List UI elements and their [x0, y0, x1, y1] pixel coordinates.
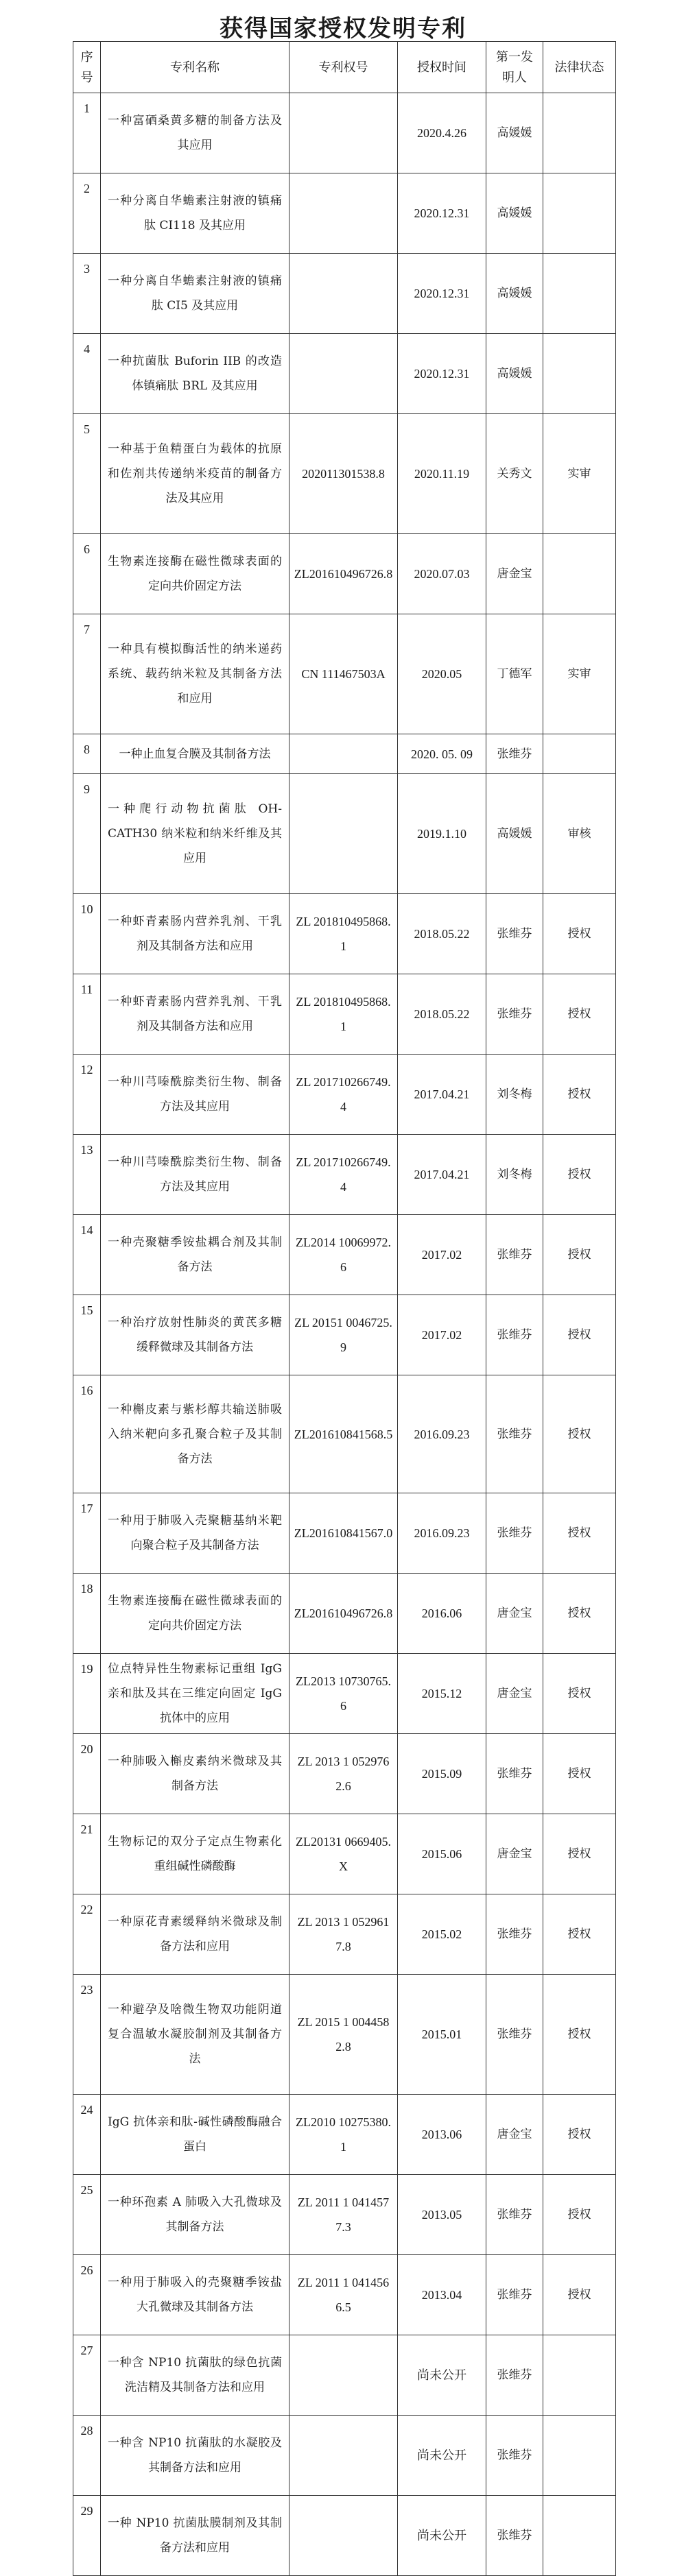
cell-status: 授权 [543, 894, 616, 974]
cell-number [289, 774, 398, 894]
cell-inventor: 张维芬 [486, 1375, 543, 1493]
table-row: 5一种基于鱼精蛋白为载体的抗原和佐剂共传递纳米疫苗的制备方法及其应用202011… [73, 414, 616, 534]
cell-status: 授权 [543, 1295, 616, 1375]
cell-name: 一种肺吸入槲皮素纳米微球及其制备方法 [101, 1734, 289, 1814]
cell-date: 尚未公开 [398, 2335, 486, 2416]
cell-status: 授权 [543, 2095, 616, 2175]
cell-status: 授权 [543, 2175, 616, 2255]
table-row: 10一种虾青素肠内营养乳剂、干乳剂及其制备方法和应用ZL 20181049586… [73, 894, 616, 974]
cell-seq: 13 [73, 1135, 101, 1215]
cell-seq: 10 [73, 894, 101, 974]
cell-status: 授权 [543, 1814, 616, 1894]
cell-status [543, 254, 616, 334]
cell-number: CN 111467503A [289, 614, 398, 734]
table-row: 19位点特异性生物素标记重组 IgG 亲和肽及其在三维定向固定 IgG 抗体中的… [73, 1654, 616, 1734]
cell-seq: 17 [73, 1493, 101, 1574]
cell-seq: 16 [73, 1375, 101, 1493]
table-row: 7一种具有模拟酶活性的纳米递药系统、载药纳米粒及其制备方法和应用CN 11146… [73, 614, 616, 734]
cell-status: 授权 [543, 1375, 616, 1493]
patent-table: 序号 专利名称 专利权号 授权时间 第一发明人 法律状态 1一种富硒桑黄多糖的制… [73, 41, 616, 2576]
table-row: 3一种分离自华蟾素注射液的镇痛肽 CI5 及其应用2020.12.31高媛媛 [73, 254, 616, 334]
cell-status [543, 93, 616, 173]
header-status: 法律状态 [543, 42, 616, 93]
cell-inventor: 唐金宝 [486, 534, 543, 614]
cell-number: ZL 2015 1 0044582.8 [289, 1975, 398, 2095]
cell-inventor: 张维芬 [486, 1734, 543, 1814]
table-row: 16一种槲皮素与紫杉醇共输送肺吸入纳米靶向多孔聚合粒子及其制备方法ZL20161… [73, 1375, 616, 1493]
cell-name: 一种抗菌肽 Buforin IIB 的改造体镇痛肽 BRL 及其应用 [101, 334, 289, 414]
cell-inventor: 张维芬 [486, 2175, 543, 2255]
cell-name: 一种分离自华蟾素注射液的镇痛肽 CI5 及其应用 [101, 254, 289, 334]
cell-name: 一种槲皮素与紫杉醇共输送肺吸入纳米靶向多孔聚合粒子及其制备方法 [101, 1375, 289, 1493]
cell-date: 2020.12.31 [398, 254, 486, 334]
table-row: 24IgG 抗体亲和肽-碱性磷酸酶融合蛋白ZL2010 10275380.120… [73, 2095, 616, 2175]
cell-seq: 20 [73, 1734, 101, 1814]
cell-number [289, 2335, 398, 2416]
cell-number: ZL 201710266749.4 [289, 1055, 398, 1135]
table-row: 22一种原花青素缓释纳米微球及制备方法和应用ZL 2013 1 0529617.… [73, 1894, 616, 1975]
cell-date: 尚未公开 [398, 2496, 486, 2576]
cell-inventor: 张维芬 [486, 1894, 543, 1975]
cell-number: ZL201610841568.5 [289, 1375, 398, 1493]
table-row: 1一种富硒桑黄多糖的制备方法及其应用2020.4.26高媛媛 [73, 93, 616, 173]
table-row: 11一种虾青素肠内营养乳剂、干乳剂及其制备方法和应用ZL 20181049586… [73, 974, 616, 1055]
cell-number: ZL2013 10730765.6 [289, 1654, 398, 1734]
cell-status: 授权 [543, 1894, 616, 1975]
cell-number [289, 734, 398, 774]
cell-inventor: 张维芬 [486, 894, 543, 974]
table-row: 23一种避孕及啥微生物双功能阴道复合温敏水凝胶制剂及其制备方法ZL 2015 1… [73, 1975, 616, 2095]
cell-seq: 14 [73, 1215, 101, 1295]
cell-number: ZL201610496726.8 [289, 534, 398, 614]
table-row: 13一种川芎嗪酰腙类衍生物、制备方法及其应用ZL 201710266749.42… [73, 1135, 616, 1215]
cell-seq: 2 [73, 173, 101, 254]
page-title: 获得国家授权发明专利 [0, 10, 686, 43]
cell-status [543, 534, 616, 614]
cell-status: 授权 [543, 1654, 616, 1734]
cell-status: 授权 [543, 1975, 616, 2095]
cell-name: 一种爬行动物抗菌肽 OH-CATH30 纳米粒和纳米纤维及其应用 [101, 774, 289, 894]
cell-status: 授权 [543, 1135, 616, 1215]
cell-number: ZL201610496726.8 [289, 1574, 398, 1654]
cell-seq: 18 [73, 1574, 101, 1654]
table-row: 17一种用于肺吸入壳聚糖基纳米靶向聚合粒子及其制备方法ZL20161084156… [73, 1493, 616, 1574]
cell-status [543, 2335, 616, 2416]
cell-inventor: 高媛媛 [486, 254, 543, 334]
cell-name: 生物素连接酶在磁性微球表面的定向共价固定方法 [101, 1574, 289, 1654]
cell-name: 一种原花青素缓释纳米微球及制备方法和应用 [101, 1894, 289, 1975]
cell-name: 一种用于肺吸入的壳聚糖季铵盐大孔微球及其制备方法 [101, 2255, 289, 2335]
cell-date: 2020.07.03 [398, 534, 486, 614]
cell-inventor: 张维芬 [486, 1215, 543, 1295]
cell-name: 一种虾青素肠内营养乳剂、干乳剂及其制备方法和应用 [101, 894, 289, 974]
cell-seq: 23 [73, 1975, 101, 2095]
cell-number [289, 2496, 398, 2576]
cell-inventor: 张维芬 [486, 2255, 543, 2335]
table-row: 21生物标记的双分子定点生物素化重组碱性磷酸酶ZL20131 0669405.X… [73, 1814, 616, 1894]
cell-status: 授权 [543, 1055, 616, 1135]
cell-name: IgG 抗体亲和肽-碱性磷酸酶融合蛋白 [101, 2095, 289, 2175]
cell-status [543, 2416, 616, 2496]
cell-name: 一种分离自华蟾素注射液的镇痛肽 CI118 及其应用 [101, 173, 289, 254]
cell-date: 2018.05.22 [398, 974, 486, 1055]
cell-status: 授权 [543, 1215, 616, 1295]
cell-number: ZL201610841567.0 [289, 1493, 398, 1574]
header-name: 专利名称 [101, 42, 289, 93]
header-inventor: 第一发明人 [486, 42, 543, 93]
cell-seq: 4 [73, 334, 101, 414]
cell-inventor: 张维芬 [486, 974, 543, 1055]
cell-number: ZL 2011 1 0414577.3 [289, 2175, 398, 2255]
cell-number: ZL2010 10275380.1 [289, 2095, 398, 2175]
cell-seq: 15 [73, 1295, 101, 1375]
cell-seq: 11 [73, 974, 101, 1055]
cell-seq: 19 [73, 1654, 101, 1734]
cell-inventor: 高媛媛 [486, 93, 543, 173]
cell-seq: 8 [73, 734, 101, 774]
cell-inventor: 丁德军 [486, 614, 543, 734]
cell-name: 一种川芎嗪酰腙类衍生物、制备方法及其应用 [101, 1055, 289, 1135]
cell-date: 2020.05 [398, 614, 486, 734]
cell-inventor: 张维芬 [486, 2496, 543, 2576]
cell-seq: 26 [73, 2255, 101, 2335]
cell-status [543, 173, 616, 254]
cell-name: 位点特异性生物素标记重组 IgG 亲和肽及其在三维定向固定 IgG 抗体中的应用 [101, 1654, 289, 1734]
cell-name: 一种富硒桑黄多糖的制备方法及其应用 [101, 93, 289, 173]
cell-inventor: 高媛媛 [486, 334, 543, 414]
table-row: 28一种含 NP10 抗菌肽的水凝胶及其制备方法和应用尚未公开张维芬 [73, 2416, 616, 2496]
table-row: 25一种环孢素 A 肺吸入大孔微球及其制备方法ZL 2011 1 0414577… [73, 2175, 616, 2255]
cell-date: 2017.02 [398, 1215, 486, 1295]
cell-name: 一种虾青素肠内营养乳剂、干乳剂及其制备方法和应用 [101, 974, 289, 1055]
cell-date: 尚未公开 [398, 2416, 486, 2496]
cell-status: 授权 [543, 1734, 616, 1814]
cell-number: ZL 201810495868.1 [289, 894, 398, 974]
cell-seq: 24 [73, 2095, 101, 2175]
cell-date: 2015.12 [398, 1654, 486, 1734]
cell-name: 一种避孕及啥微生物双功能阴道复合温敏水凝胶制剂及其制备方法 [101, 1975, 289, 2095]
cell-inventor: 唐金宝 [486, 2095, 543, 2175]
cell-seq: 27 [73, 2335, 101, 2416]
cell-seq: 9 [73, 774, 101, 894]
cell-inventor: 唐金宝 [486, 1814, 543, 1894]
table-row: 15一种治疗放射性肺炎的黄芪多糖缓释微球及其制备方法ZL 20151 00467… [73, 1295, 616, 1375]
table-row: 2一种分离自华蟾素注射液的镇痛肽 CI118 及其应用2020.12.31高媛媛 [73, 173, 616, 254]
cell-inventor: 张维芬 [486, 2335, 543, 2416]
cell-seq: 25 [73, 2175, 101, 2255]
cell-name: 一种止血复合膜及其制备方法 [101, 734, 289, 774]
cell-seq: 3 [73, 254, 101, 334]
cell-date: 2013.04 [398, 2255, 486, 2335]
cell-inventor: 张维芬 [486, 1975, 543, 2095]
cell-number [289, 173, 398, 254]
header-seq: 序号 [73, 42, 101, 93]
cell-status: 授权 [543, 2255, 616, 2335]
cell-seq: 7 [73, 614, 101, 734]
cell-date: 2017.04.21 [398, 1135, 486, 1215]
cell-inventor: 唐金宝 [486, 1574, 543, 1654]
cell-status [543, 2496, 616, 2576]
table-row: 14一种壳聚糖季铵盐耦合剂及其制备方法ZL2014 10069972.62017… [73, 1215, 616, 1295]
table-row: 20一种肺吸入槲皮素纳米微球及其制备方法ZL 2013 1 0529762.62… [73, 1734, 616, 1814]
cell-date: 2017.02 [398, 1295, 486, 1375]
cell-seq: 5 [73, 414, 101, 534]
header-date: 授权时间 [398, 42, 486, 93]
cell-inventor: 张维芬 [486, 2416, 543, 2496]
cell-number: 202011301538.8 [289, 414, 398, 534]
cell-name: 一种环孢素 A 肺吸入大孔微球及其制备方法 [101, 2175, 289, 2255]
cell-date: 2015.01 [398, 1975, 486, 2095]
cell-seq: 22 [73, 1894, 101, 1975]
cell-number: ZL 20151 0046725.9 [289, 1295, 398, 1375]
cell-status [543, 334, 616, 414]
cell-name: 一种具有模拟酶活性的纳米递药系统、载药纳米粒及其制备方法和应用 [101, 614, 289, 734]
cell-number [289, 254, 398, 334]
cell-number: ZL2014 10069972.6 [289, 1215, 398, 1295]
cell-name: 生物素连接酶在磁性微球表面的定向共价固定方法 [101, 534, 289, 614]
table-row: 26一种用于肺吸入的壳聚糖季铵盐大孔微球及其制备方法ZL 2011 1 0414… [73, 2255, 616, 2335]
cell-status: 授权 [543, 1493, 616, 1574]
cell-name: 一种用于肺吸入壳聚糖基纳米靶向聚合粒子及其制备方法 [101, 1493, 289, 1574]
cell-seq: 28 [73, 2416, 101, 2496]
cell-name: 一种治疗放射性肺炎的黄芪多糖缓释微球及其制备方法 [101, 1295, 289, 1375]
cell-inventor: 高媛媛 [486, 774, 543, 894]
cell-date: 2016.09.23 [398, 1375, 486, 1493]
table-row: 27一种含 NP10 抗菌肽的绿色抗菌洗洁精及其制备方法和应用尚未公开张维芬 [73, 2335, 616, 2416]
cell-date: 2020.4.26 [398, 93, 486, 173]
table-row: 9一种爬行动物抗菌肽 OH-CATH30 纳米粒和纳米纤维及其应用2019.1.… [73, 774, 616, 894]
cell-inventor: 张维芬 [486, 1295, 543, 1375]
cell-inventor: 张维芬 [486, 1493, 543, 1574]
cell-status: 实审 [543, 614, 616, 734]
cell-date: 2020.12.31 [398, 334, 486, 414]
cell-name: 生物标记的双分子定点生物素化重组碱性磷酸酶 [101, 1814, 289, 1894]
cell-inventor: 张维芬 [486, 734, 543, 774]
cell-date: 2020. 05. 09 [398, 734, 486, 774]
cell-date: 2017.04.21 [398, 1055, 486, 1135]
cell-date: 2016.06 [398, 1574, 486, 1654]
cell-inventor: 刘冬梅 [486, 1135, 543, 1215]
cell-date: 2018.05.22 [398, 894, 486, 974]
table-row: 29一种 NP10 抗菌肽膜制剂及其制备方法和应用尚未公开张维芬 [73, 2496, 616, 2576]
cell-number: ZL 201710266749.4 [289, 1135, 398, 1215]
table-row: 8一种止血复合膜及其制备方法2020. 05. 09张维芬 [73, 734, 616, 774]
cell-number [289, 334, 398, 414]
cell-number [289, 2416, 398, 2496]
cell-status: 授权 [543, 1574, 616, 1654]
cell-status: 审核 [543, 774, 616, 894]
cell-number: ZL 201810495868.1 [289, 974, 398, 1055]
cell-name: 一种川芎嗪酰腙类衍生物、制备方法及其应用 [101, 1135, 289, 1215]
cell-inventor: 刘冬梅 [486, 1055, 543, 1135]
cell-name: 一种含 NP10 抗菌肽的绿色抗菌洗洁精及其制备方法和应用 [101, 2335, 289, 2416]
table-row: 6生物素连接酶在磁性微球表面的定向共价固定方法ZL201610496726.82… [73, 534, 616, 614]
cell-inventor: 关秀文 [486, 414, 543, 534]
cell-name: 一种基于鱼精蛋白为载体的抗原和佐剂共传递纳米疫苗的制备方法及其应用 [101, 414, 289, 534]
cell-number: ZL20131 0669405.X [289, 1814, 398, 1894]
cell-name: 一种 NP10 抗菌肽膜制剂及其制备方法和应用 [101, 2496, 289, 2576]
cell-date: 2015.02 [398, 1894, 486, 1975]
cell-date: 2015.06 [398, 1814, 486, 1894]
cell-inventor: 高媛媛 [486, 173, 543, 254]
cell-number: ZL 2013 1 0529762.6 [289, 1734, 398, 1814]
header-number: 专利权号 [289, 42, 398, 93]
cell-name: 一种壳聚糖季铵盐耦合剂及其制备方法 [101, 1215, 289, 1295]
cell-number: ZL 2011 1 0414566.5 [289, 2255, 398, 2335]
cell-seq: 29 [73, 2496, 101, 2576]
cell-status [543, 734, 616, 774]
cell-status: 授权 [543, 974, 616, 1055]
cell-date: 2015.09 [398, 1734, 486, 1814]
cell-seq: 21 [73, 1814, 101, 1894]
cell-number [289, 93, 398, 173]
cell-date: 2020.11.19 [398, 414, 486, 534]
cell-seq: 1 [73, 93, 101, 173]
cell-number: ZL 2013 1 0529617.8 [289, 1894, 398, 1975]
cell-date: 2013.05 [398, 2175, 486, 2255]
cell-date: 2016.09.23 [398, 1493, 486, 1574]
table-body: 1一种富硒桑黄多糖的制备方法及其应用2020.4.26高媛媛2一种分离自华蟾素注… [73, 93, 616, 2576]
table-row: 12一种川芎嗪酰腙类衍生物、制备方法及其应用ZL 201710266749.42… [73, 1055, 616, 1135]
cell-date: 2019.1.10 [398, 774, 486, 894]
table-header-row: 序号 专利名称 专利权号 授权时间 第一发明人 法律状态 [73, 42, 616, 93]
cell-name: 一种含 NP10 抗菌肽的水凝胶及其制备方法和应用 [101, 2416, 289, 2496]
cell-date: 2020.12.31 [398, 173, 486, 254]
table-row: 18生物素连接酶在磁性微球表面的定向共价固定方法ZL201610496726.8… [73, 1574, 616, 1654]
cell-seq: 12 [73, 1055, 101, 1135]
cell-date: 2013.06 [398, 2095, 486, 2175]
table-row: 4一种抗菌肽 Buforin IIB 的改造体镇痛肽 BRL 及其应用2020.… [73, 334, 616, 414]
cell-seq: 6 [73, 534, 101, 614]
cell-status: 实审 [543, 414, 616, 534]
cell-inventor: 唐金宝 [486, 1654, 543, 1734]
